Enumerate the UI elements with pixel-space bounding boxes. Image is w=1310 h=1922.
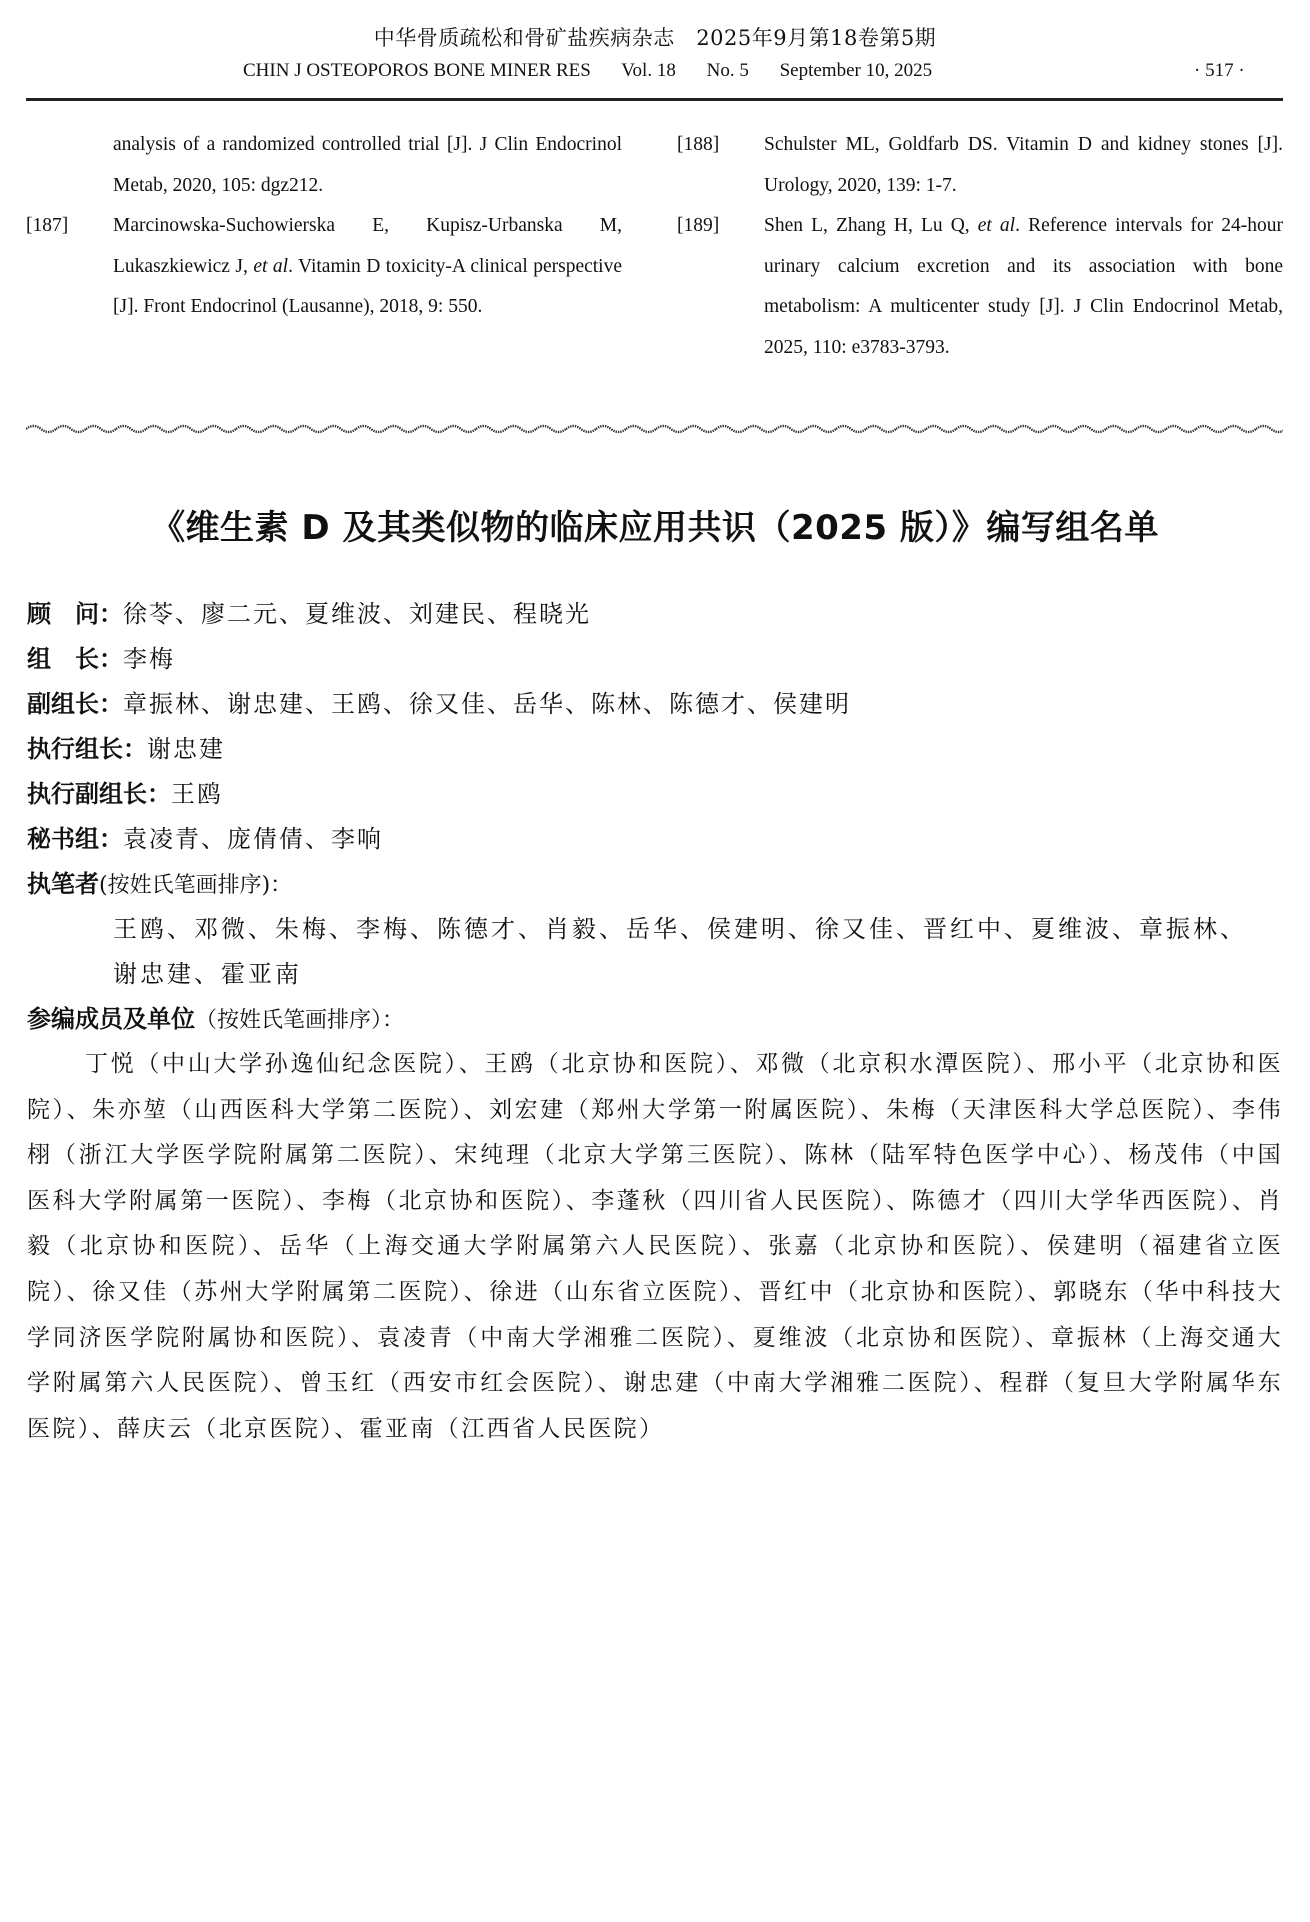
reference-188: [188] Schulster ML, Goldfarb DS. Vitamin… bbox=[677, 125, 1283, 206]
committee-roster: 顾 问：徐苓、廖二元、夏维波、刘建民、程晓光 组 长：李梅 副组长：章振林、谢忠… bbox=[27, 592, 1283, 1452]
et-al: et al bbox=[253, 256, 288, 277]
references-right-column: [188] Schulster ML, Goldfarb DS. Vitamin… bbox=[677, 125, 1283, 368]
reference-number: [187] bbox=[26, 206, 106, 247]
roster-writers-heading: 执笔者(按姓氏笔画排序)： bbox=[27, 862, 1283, 907]
roster-names: 章振林、谢忠建、王鸥、徐又佳、岳华、陈林、陈德才、侯建明 bbox=[123, 690, 851, 718]
roster-executive-leader: 执行组长：谢忠建 bbox=[27, 727, 1283, 772]
reference-text-authors: Shen L, Zhang H, Lu Q, bbox=[764, 215, 978, 236]
reference-187: [187] Marcinowska-Suchowierska E, Kupisz… bbox=[26, 206, 622, 328]
journal-title-cn: 中华骨质疏松和骨矿盐疾病杂志 2025年9月第18卷第5期 bbox=[0, 22, 1310, 52]
section-title: 《维生素 D 及其类似物的临床应用共识（2025 版）》编写组名单 bbox=[0, 500, 1310, 549]
roster-label: 秘书组： bbox=[27, 825, 123, 853]
roster-advisors: 顾 问：徐苓、廖二元、夏维波、刘建民、程晓光 bbox=[27, 592, 1283, 637]
et-al: et al bbox=[978, 215, 1015, 236]
reference-number: [189] bbox=[677, 206, 757, 247]
roster-names: 徐苓、廖二元、夏维波、刘建民、程晓光 bbox=[123, 600, 591, 628]
writers-line: 谢忠建、霍亚南 bbox=[113, 952, 1283, 997]
reference-text: analysis of a randomized controlled tria… bbox=[113, 134, 622, 196]
roster-executive-deputy: 执行副组长：王鸥 bbox=[27, 772, 1283, 817]
roster-sort-note: （按姓氏笔画排序）： bbox=[195, 1008, 404, 1033]
reference-186-continued: analysis of a randomized controlled tria… bbox=[26, 125, 622, 206]
roster-label: 顾 问： bbox=[27, 600, 123, 628]
publication-date: September 10, 2025 bbox=[780, 60, 933, 81]
roster-names: 王鸥 bbox=[171, 780, 223, 808]
roster-names: 李梅 bbox=[123, 645, 175, 673]
journal-citation-line: CHIN J OSTEOPOROS BONE MINER RES Vol. 18… bbox=[243, 60, 958, 82]
reference-text: Schulster ML, Goldfarb DS. Vitamin D and… bbox=[764, 134, 1283, 196]
header-rule bbox=[26, 98, 1283, 101]
roster-participants-heading: 参编成员及单位（按姓氏笔画排序）： bbox=[27, 997, 1283, 1042]
references-left-column: analysis of a randomized controlled tria… bbox=[26, 125, 622, 328]
roster-deputy-leaders: 副组长：章振林、谢忠建、王鸥、徐又佳、岳华、陈林、陈德才、侯建明 bbox=[27, 682, 1283, 727]
journal-title-en: CHIN J OSTEOPOROS BONE MINER RES bbox=[243, 60, 591, 81]
page-number: · 517 · bbox=[1194, 60, 1245, 82]
roster-sort-note: (按姓氏笔画排序)： bbox=[99, 873, 292, 898]
roster-label: 副组长： bbox=[27, 690, 123, 718]
roster-label: 参编成员及单位 bbox=[27, 1005, 195, 1033]
roster-label: 执行组长： bbox=[27, 735, 147, 763]
reference-text-rest: . Reference intervals for 24-hour urinar… bbox=[764, 215, 1283, 358]
roster-leader: 组 长：李梅 bbox=[27, 637, 1283, 682]
roster-label: 执笔者 bbox=[27, 870, 99, 898]
roster-writers-list: 王鸥、邓微、朱梅、李梅、陈德才、肖毅、岳华、侯建明、徐又佳、晋红中、夏维波、章振… bbox=[27, 907, 1283, 997]
reference-number: [188] bbox=[677, 125, 757, 166]
reference-189: [189] Shen L, Zhang H, Lu Q, et al. Refe… bbox=[677, 206, 1283, 368]
volume: Vol. 18 bbox=[621, 60, 676, 81]
writers-line: 王鸥、邓微、朱梅、李梅、陈德才、肖毅、岳华、侯建明、徐又佳、晋红中、夏维波、章振… bbox=[113, 907, 1283, 952]
roster-names: 谢忠建 bbox=[147, 735, 225, 763]
roster-participants-list: 丁悦（中山大学孙逸仙纪念医院）、王鸥（北京协和医院）、邓微（北京积水潭医院）、邢… bbox=[27, 1042, 1283, 1452]
roster-label: 执行副组长： bbox=[27, 780, 171, 808]
roster-names: 袁凌青、庞倩倩、李响 bbox=[123, 825, 383, 853]
roster-label: 组 长： bbox=[27, 645, 123, 673]
issue: No. 5 bbox=[707, 60, 749, 81]
wavy-separator bbox=[26, 420, 1283, 436]
roster-secretaries: 秘书组：袁凌青、庞倩倩、李响 bbox=[27, 817, 1283, 862]
